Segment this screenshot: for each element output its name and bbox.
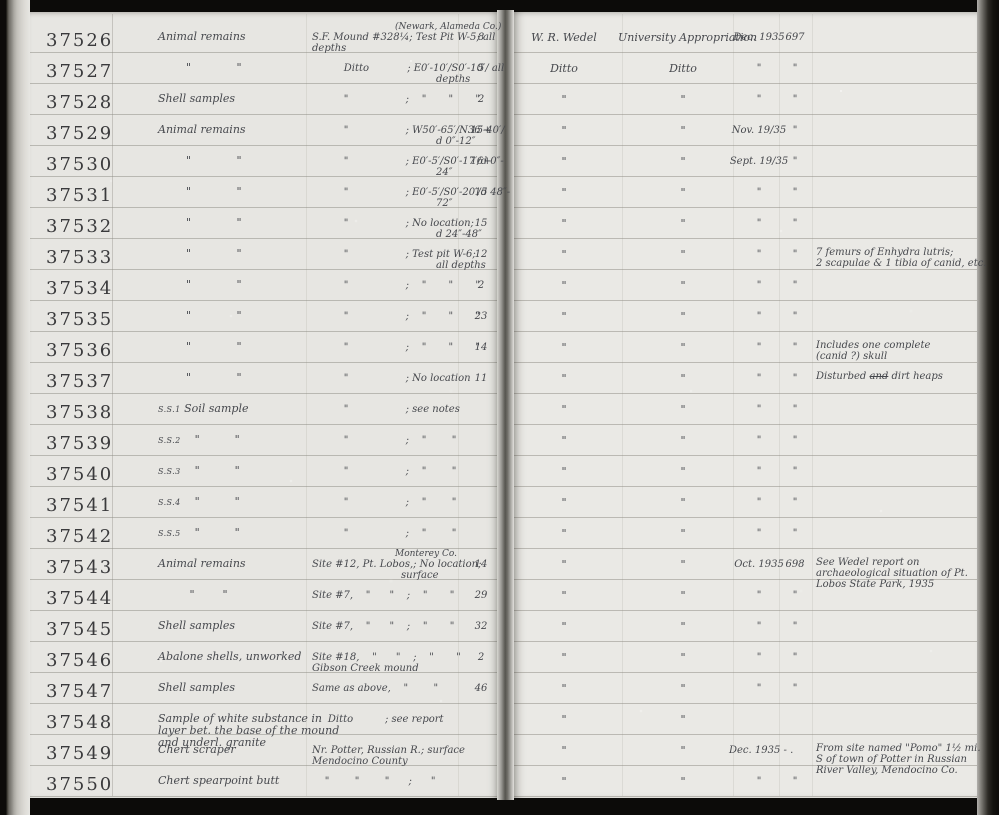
locality: " ; No location <box>312 373 471 384</box>
object-description-text: " " <box>158 278 242 291</box>
catalog-number: 37542 <box>46 526 113 547</box>
catalog-number: 37540 <box>46 464 113 485</box>
sample-number-prefix: S.S.3 <box>158 467 181 476</box>
ledger-row: 37544 " "Site #7, " " ; " "29"""" <box>0 580 999 611</box>
object-description-text: Chert scraper <box>158 743 236 756</box>
object-description: Shell samples <box>158 620 235 632</box>
locality: " ; " " " <box>312 280 480 291</box>
object-description-text: " " <box>158 371 242 384</box>
locality: " ; see notes <box>312 404 460 415</box>
collector-name: " <box>508 744 620 757</box>
object-description: S.S.2 " " <box>158 434 240 447</box>
locality: " ; " " " <box>312 94 480 105</box>
catalog-number: 37528 <box>46 92 113 113</box>
ledger-row: 37528Shell samples " ; " " "2"""" <box>0 84 999 115</box>
ledger-row: 37541S.S.4 " " " ; " """"" <box>0 487 999 518</box>
locality: " ; " " " <box>312 342 480 353</box>
object-description: " " <box>158 248 242 260</box>
object-description: " " <box>158 217 242 229</box>
ledger-row: 37538S.S.1 Soil sample " ; see notes"""" <box>0 394 999 425</box>
object-description: Animal remains <box>158 31 246 43</box>
object-description-text: " " <box>158 340 242 353</box>
ledger-row: 37531 " " " ; E0′-5′/S0′-20′/d 48″- 72″1… <box>0 177 999 208</box>
ledger-row: 37547Shell samplesSame as above, " "46""… <box>0 673 999 704</box>
object-description: Shell samples <box>158 93 235 105</box>
catalog-number: 37527 <box>46 61 113 82</box>
specimen-count: 16+ <box>460 156 502 167</box>
catalog-number: 37546 <box>46 650 113 671</box>
collector-name: " <box>508 465 620 478</box>
catalog-number: 37534 <box>46 278 113 299</box>
collector-name: " <box>508 248 620 261</box>
ledger-row: 37526Animal remains(Newark, Alameda Co.)… <box>0 22 999 53</box>
catalog-number: 37547 <box>46 681 113 702</box>
collector-name: " <box>508 217 620 230</box>
ledger-row: 37532 " " " ; No location; d 24″-48″15""… <box>0 208 999 239</box>
collector-name: " <box>508 682 620 695</box>
locality: " ; " " <box>312 528 456 539</box>
remarks-struck-word: and <box>870 371 889 382</box>
catalog-number: 37538 <box>46 402 113 423</box>
object-description: S.S.3 " " <box>158 465 240 478</box>
collector-name: " <box>508 558 620 571</box>
object-description-text: " " <box>184 495 240 508</box>
collector-name: " <box>508 496 620 509</box>
object-description: " " <box>158 155 242 167</box>
specimen-count: 15+ <box>460 125 502 136</box>
catalog-number: 37537 <box>46 371 113 392</box>
accession-number: " <box>777 466 813 477</box>
catalog-number: 37532 <box>46 216 113 237</box>
ledger-row: 37537 " " " ; No location11""""Disturbed… <box>0 363 999 394</box>
object-description: " " <box>158 310 242 322</box>
object-description-text: " " <box>158 216 242 229</box>
object-description: Shell samples <box>158 682 235 694</box>
specimen-count: 14 <box>460 559 502 570</box>
specimen-count: 23 <box>460 311 502 322</box>
object-description: Animal remains <box>158 124 246 136</box>
locality: " ; " " <box>312 497 456 508</box>
remarks: 7 femurs of Enhydra lutris; 2 scapulae &… <box>816 247 987 269</box>
collector-name: " <box>508 372 620 385</box>
object-description-text: " " <box>158 309 242 322</box>
object-description-text: Chert spearpoint butt <box>158 774 279 787</box>
object-description: Chert spearpoint butt <box>158 775 279 787</box>
locality: Site #18, " " ; " " Gibson Creek mound <box>312 652 461 674</box>
collector-name: Ditto <box>508 62 620 75</box>
accession-number: " <box>777 590 813 601</box>
catalog-number: 37535 <box>46 309 113 330</box>
catalog-number: 37544 <box>46 588 113 609</box>
object-description-text: " " <box>158 185 242 198</box>
accession-number: 697 <box>777 32 813 43</box>
accession-number: 698 <box>777 559 813 570</box>
collector-name: " <box>508 403 620 416</box>
object-description: " " <box>158 62 242 74</box>
accession-number: " <box>777 218 813 229</box>
collector-name: " <box>508 93 620 106</box>
catalog-number: 37550 <box>46 774 113 795</box>
locality: " ; No location; d 24″-48″ <box>312 218 482 240</box>
accession-number: " <box>777 156 813 167</box>
object-description: " " <box>158 372 242 384</box>
object-description-text: " " <box>184 433 240 446</box>
object-description-text: " " <box>158 247 242 260</box>
ledger-row: 37549Chert scraperNr. Potter, Russian R.… <box>0 735 999 766</box>
accession-number: " <box>777 528 813 539</box>
object-description: S.S.5 " " <box>158 527 240 540</box>
collector-name: " <box>508 310 620 323</box>
accession-number: " <box>777 125 813 136</box>
ledger-row: 37534 " " " ; " " "2"""" <box>0 270 999 301</box>
collector-name: " <box>508 713 620 726</box>
object-description-text: Animal remains <box>158 557 246 570</box>
remarks: Includes one complete (canid ?) skull <box>816 340 930 362</box>
sample-number-prefix: S.S.2 <box>158 436 181 445</box>
specimen-count: 2 <box>460 652 502 663</box>
specimen-count: 11 <box>460 373 502 384</box>
specimen-count: 2 <box>460 280 502 291</box>
ledger-row: 37530 " " " ; E0′-5′/S0′-17′/d 0″- 24″16… <box>0 146 999 177</box>
accession-number: " <box>777 187 813 198</box>
collector-name: W. R. Wedel <box>508 31 620 44</box>
collector-name: " <box>508 620 620 633</box>
accession-number: " <box>777 280 813 291</box>
catalog-number: 37539 <box>46 433 113 454</box>
collector-name: " <box>508 341 620 354</box>
object-description: Animal remains <box>158 558 246 570</box>
collector-name: " <box>508 279 620 292</box>
remarks: Disturbed and dirt heaps <box>816 371 943 382</box>
date-received: Dec. 1935 - . <box>729 745 789 756</box>
object-description: " " <box>158 341 242 353</box>
locality: " ; " " " <box>312 311 480 322</box>
catalog-number: 37529 <box>46 123 113 144</box>
ledger-row: 37527 " " Ditto ; E0′-10′/S0′-10′/ all d… <box>0 53 999 84</box>
object-description-text: " " <box>158 154 242 167</box>
remarks-text: Disturbed <box>816 371 870 382</box>
specimen-count: 32 <box>460 621 502 632</box>
object-description-text: " " <box>158 61 242 74</box>
locality-annotation: Monterey Co. <box>395 549 457 559</box>
locality: Site #7, " " ; " " <box>312 621 454 632</box>
specimen-count: 15 <box>460 218 502 229</box>
object-description-text: Shell samples <box>158 92 235 105</box>
ledger-row: 37543Animal remainsMonterey Co.Site #12,… <box>0 549 999 580</box>
catalog-number: 37536 <box>46 340 113 361</box>
locality: " " " ; " <box>312 776 436 787</box>
object-description-text: Shell samples <box>158 619 235 632</box>
object-description-text: " " <box>184 464 240 477</box>
collector-name: " <box>508 186 620 199</box>
ledger-rows: 37526Animal remains(Newark, Alameda Co.)… <box>0 0 999 815</box>
locality: " ; " " <box>312 435 456 446</box>
ledger-row: 37548Sample of white substance in layer … <box>0 704 999 735</box>
accession-number: " <box>777 652 813 663</box>
accession-number: " <box>777 683 813 694</box>
object-description: Chert scraper <box>158 744 236 756</box>
object-description: " " <box>158 589 228 601</box>
accession-number: " <box>777 249 813 260</box>
catalog-number: 37533 <box>46 247 113 268</box>
ledger-row: 37542S.S.5 " " " ; " """"" <box>0 518 999 549</box>
specimen-count: 12 <box>460 249 502 260</box>
catalog-number: 37543 <box>46 557 113 578</box>
accession-number: " <box>777 404 813 415</box>
catalog-number: 37549 <box>46 743 113 764</box>
accession-number: " <box>777 435 813 446</box>
object-description: S.S.1 Soil sample <box>158 403 248 416</box>
object-description-text: Soil sample <box>184 402 248 415</box>
locality: Site #12, Pt. Lobos,; No location; surfa… <box>312 559 481 581</box>
specimen-count: 46 <box>460 683 502 694</box>
specimen-count: 5 <box>460 63 502 74</box>
specimen-count: 8 <box>460 32 502 43</box>
ledger-row: 37539S.S.2 " " " ; " """"" <box>0 425 999 456</box>
accession-number: " <box>777 311 813 322</box>
ledger-row: 37546Abalone shells, unworkedSite #18, "… <box>0 642 999 673</box>
locality: Site #7, " " ; " " <box>312 590 454 601</box>
catalog-number: 37541 <box>46 495 113 516</box>
collector-name: " <box>508 775 620 788</box>
ledger-row: 37536 " " " ; " " "14""""Includes one co… <box>0 332 999 363</box>
fund-source: " <box>618 713 748 726</box>
collector-name: " <box>508 651 620 664</box>
locality: Same as above, " " <box>312 683 438 694</box>
accession-number: " <box>777 621 813 632</box>
ledger-scan: 37526Animal remains(Newark, Alameda Co.)… <box>0 0 999 815</box>
sample-number-prefix: S.S.5 <box>158 529 181 538</box>
catalog-number: 37530 <box>46 154 113 175</box>
ledger-row: 37545Shell samplesSite #7, " " ; " "32""… <box>0 611 999 642</box>
specimen-count: 2 <box>460 94 502 105</box>
locality: " ; " " <box>312 466 456 477</box>
locality: Ditto ; see report <box>312 714 444 725</box>
ledger-row: 37540S.S.3 " " " ; " """"" <box>0 456 999 487</box>
locality-annotation: (Newark, Alameda Co.) <box>395 22 501 32</box>
collector-name: " <box>508 434 620 447</box>
ledger-row: 37550Chert spearpoint butt " " " ; """"" <box>0 766 999 797</box>
accession-number: " <box>777 94 813 105</box>
accession-number: " <box>777 776 813 787</box>
accession-number: " <box>777 497 813 508</box>
sample-number-prefix: S.S.1 <box>158 405 181 414</box>
sample-number-prefix: S.S.4 <box>158 498 181 507</box>
collector-name: " <box>508 527 620 540</box>
accession-number: " <box>777 63 813 74</box>
ledger-row: 37529Animal remains " ; W50′-65′/N36′-40… <box>0 115 999 146</box>
ledger-row: 37535 " " " ; " " "23"""" <box>0 301 999 332</box>
accession-number: " <box>777 373 813 384</box>
object-description: " " <box>158 279 242 291</box>
specimen-count: 29 <box>460 590 502 601</box>
object-description-text: Animal remains <box>158 30 246 43</box>
locality: Nr. Potter, Russian R.; surface Mendocin… <box>312 745 465 767</box>
accession-number: " <box>777 342 813 353</box>
catalog-number: 37545 <box>46 619 113 640</box>
object-description-text: " " <box>158 588 228 601</box>
object-description: S.S.4 " " <box>158 496 240 509</box>
object-description: " " <box>158 186 242 198</box>
collector-name: " <box>508 589 620 602</box>
object-description-text: Animal remains <box>158 123 246 136</box>
object-description-text: Abalone shells, unworked <box>158 650 301 663</box>
remarks-text: dirt heaps <box>888 371 943 382</box>
catalog-number: 37526 <box>46 30 113 51</box>
specimen-count: 15 <box>460 187 502 198</box>
object-description-text: Shell samples <box>158 681 235 694</box>
specimen-count: 14 <box>460 342 502 353</box>
object-description: Abalone shells, unworked <box>158 651 301 663</box>
object-description-text: " " <box>184 526 240 539</box>
collector-name: " <box>508 124 620 137</box>
collector-name: " <box>508 155 620 168</box>
ledger-row: 37533 " " " ; Test pit W-6; all depths12… <box>0 239 999 270</box>
catalog-number: 37531 <box>46 185 113 206</box>
catalog-number: 37548 <box>46 712 113 733</box>
